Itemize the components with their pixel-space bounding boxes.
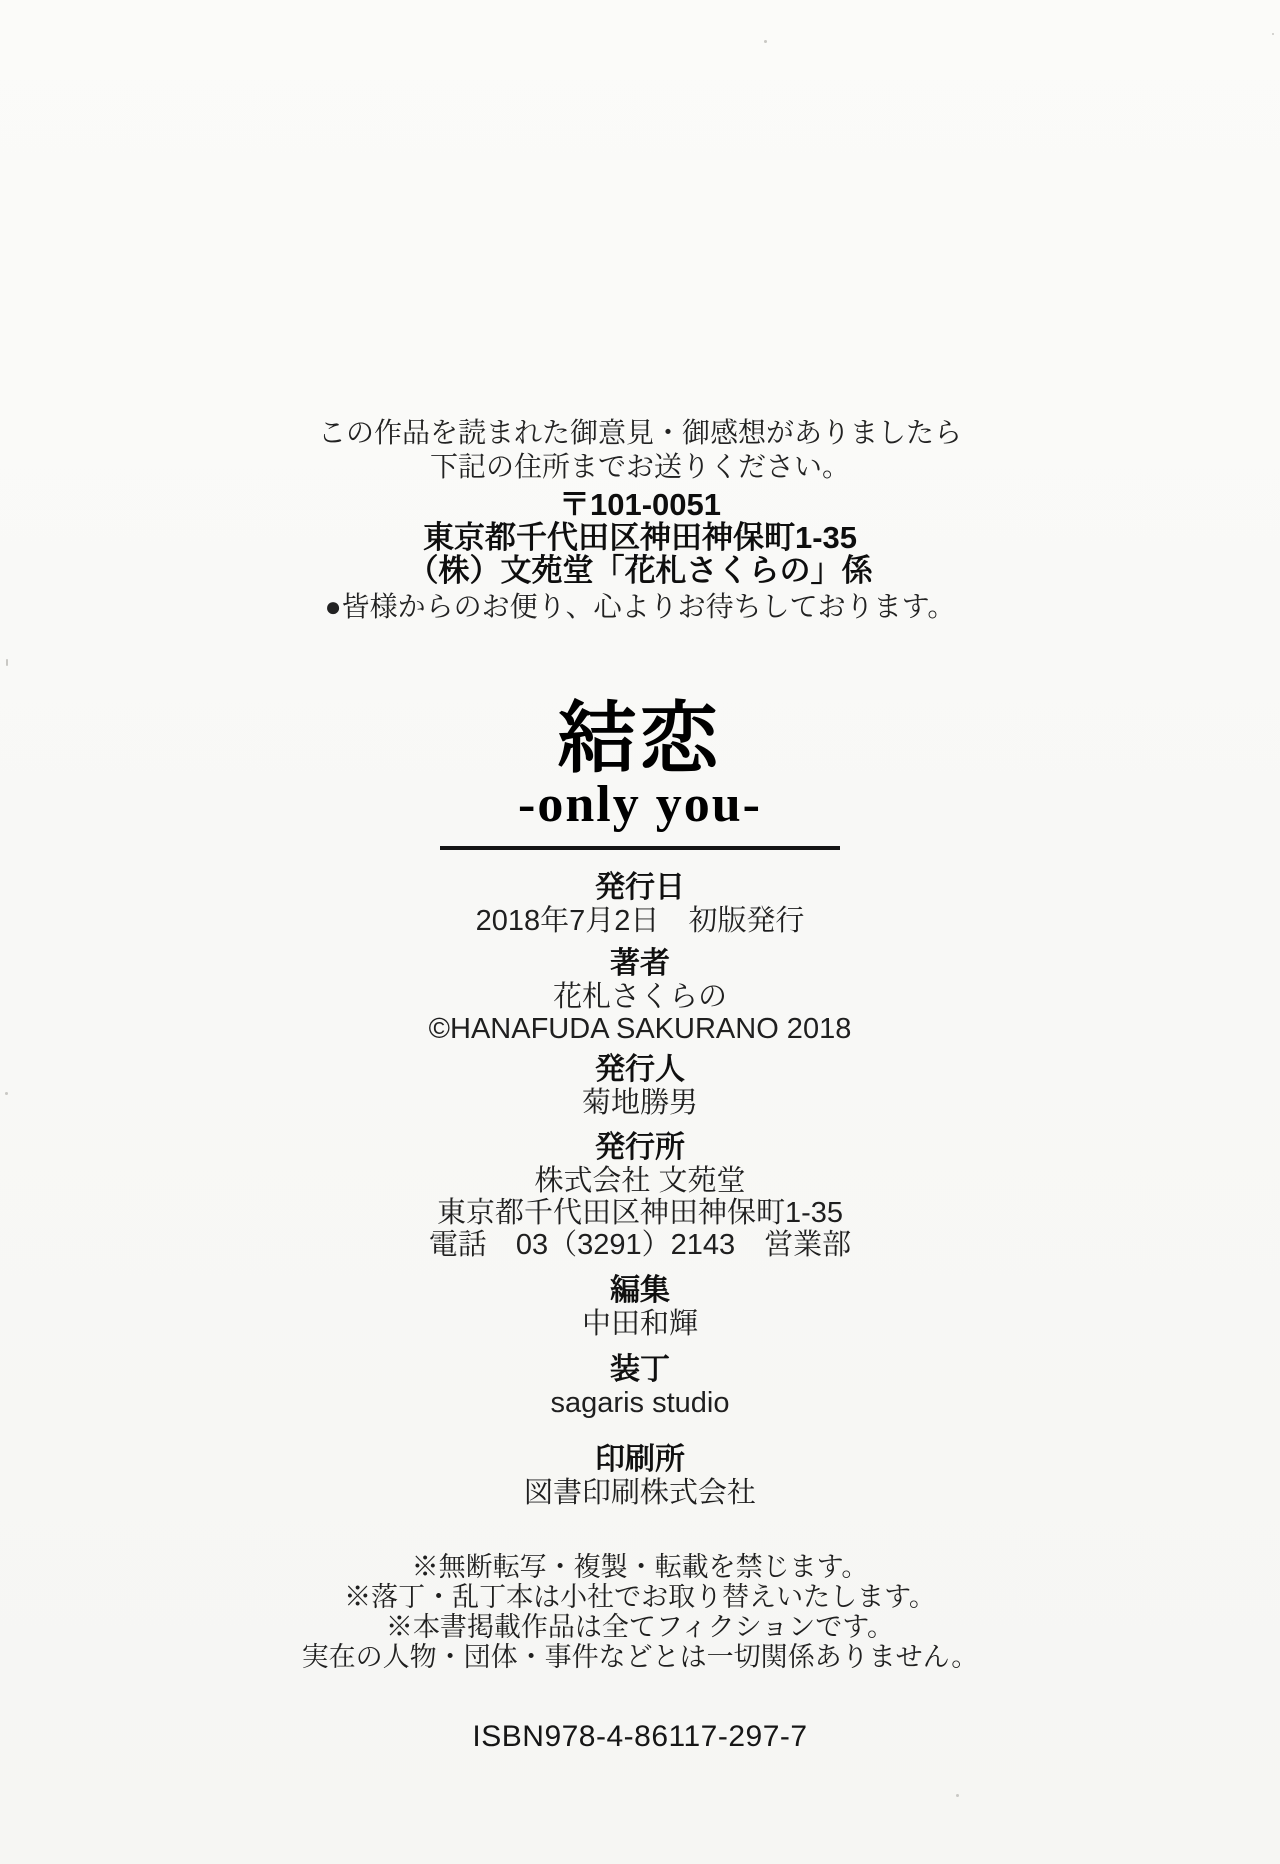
legal-notices: ※無断転写・複製・転載を禁じます。 ※落丁・乱丁本は小社でお取り替えいたします。… bbox=[0, 1552, 1280, 1672]
publisher-address: 東京都千代田区神田神保町1-35 bbox=[0, 521, 1280, 554]
colophon-entry-author: 著者 花札さくらの ©HANAFUDA SAKURANO 2018 bbox=[0, 947, 1280, 1045]
title-underline bbox=[440, 846, 840, 850]
colophon-entry-printer: 印刷所 図書印刷株式会社 bbox=[0, 1443, 1280, 1509]
isbn-number: ISBN978-4-86117-297-7 bbox=[0, 1720, 1280, 1754]
entry-value: 図書印刷株式会社 bbox=[0, 1477, 1280, 1509]
notice-defective-copies: ※落丁・乱丁本は小社でお取り替えいたします。 bbox=[0, 1582, 1280, 1612]
title-block: 結恋 -only you- bbox=[0, 700, 1280, 850]
notice-no-reproduction: ※無断転写・複製・転載を禁じます。 bbox=[0, 1552, 1280, 1582]
publisher-address-block: 〒101-0051 東京都千代田区神田神保町1-35 （株）文苑堂「花札さくらの… bbox=[0, 488, 1280, 587]
colophon-page: この作品を読まれた御意見・御感想がありましたら 下記の住所までお送りください。 … bbox=[0, 0, 1280, 1864]
entry-label: 装丁 bbox=[0, 1353, 1280, 1387]
entry-label: 印刷所 bbox=[0, 1443, 1280, 1477]
postal-code: 〒101-0051 bbox=[0, 488, 1280, 521]
entry-value: sagaris studio bbox=[0, 1387, 1280, 1419]
colophon-entry-publisher-person: 発行人 菊地勝男 bbox=[0, 1053, 1280, 1119]
correspondence-notice: この作品を読まれた御意見・御感想がありましたら 下記の住所までお送りください。 … bbox=[0, 416, 1280, 624]
mail-recipient: （株）文苑堂「花札さくらの」係 bbox=[0, 554, 1280, 587]
correspondence-line-1: この作品を読まれた御意見・御感想がありましたら bbox=[0, 416, 1280, 450]
entry-value: 2018年7月2日 初版発行 bbox=[0, 905, 1280, 937]
correspondence-closing: ●皆様からのお便り、心よりお待ちしております。 bbox=[0, 590, 1280, 624]
notice-fiction-continued: 実在の人物・団体・事件などとは一切関係ありません。 bbox=[0, 1642, 1280, 1672]
colophon-entry-design: 装丁 sagaris studio bbox=[0, 1353, 1280, 1419]
scan-speck bbox=[1272, 33, 1274, 35]
correspondence-line-2: 下記の住所までお送りください。 bbox=[0, 450, 1280, 484]
book-subtitle: -only you- bbox=[0, 780, 1280, 830]
colophon-entry-editor: 編集 中田和輝 bbox=[0, 1274, 1280, 1340]
colophon-entry-publication-date: 発行日 2018年7月2日 初版発行 bbox=[0, 871, 1280, 937]
entry-value: 菊地勝男 bbox=[0, 1087, 1280, 1119]
entry-label: 発行日 bbox=[0, 871, 1280, 905]
publisher-street-address: 東京都千代田区神田神保町1-35 bbox=[0, 1197, 1280, 1229]
entry-value: 花札さくらの bbox=[0, 981, 1280, 1013]
scan-speck bbox=[956, 1794, 959, 1797]
scan-speck bbox=[764, 40, 767, 43]
entry-label: 発行所 bbox=[0, 1131, 1280, 1165]
book-title: 結恋 bbox=[0, 700, 1280, 778]
entry-label: 発行人 bbox=[0, 1053, 1280, 1087]
entry-value: 中田和輝 bbox=[0, 1308, 1280, 1340]
publisher-company: 株式会社 文苑堂 bbox=[0, 1165, 1280, 1197]
entry-label: 著者 bbox=[0, 947, 1280, 981]
entry-label: 編集 bbox=[0, 1274, 1280, 1308]
notice-fiction: ※本書掲載作品は全てフィクションです。 bbox=[0, 1612, 1280, 1642]
publisher-phone: 電話 03（3291）2143 営業部 bbox=[0, 1229, 1280, 1261]
colophon-entry-publishing-house: 発行所 株式会社 文苑堂 東京都千代田区神田神保町1-35 電話 03（3291… bbox=[0, 1131, 1280, 1261]
copyright-line: ©HANAFUDA SAKURANO 2018 bbox=[0, 1013, 1280, 1045]
scan-speck bbox=[5, 1092, 8, 1095]
scan-speck bbox=[6, 659, 8, 666]
